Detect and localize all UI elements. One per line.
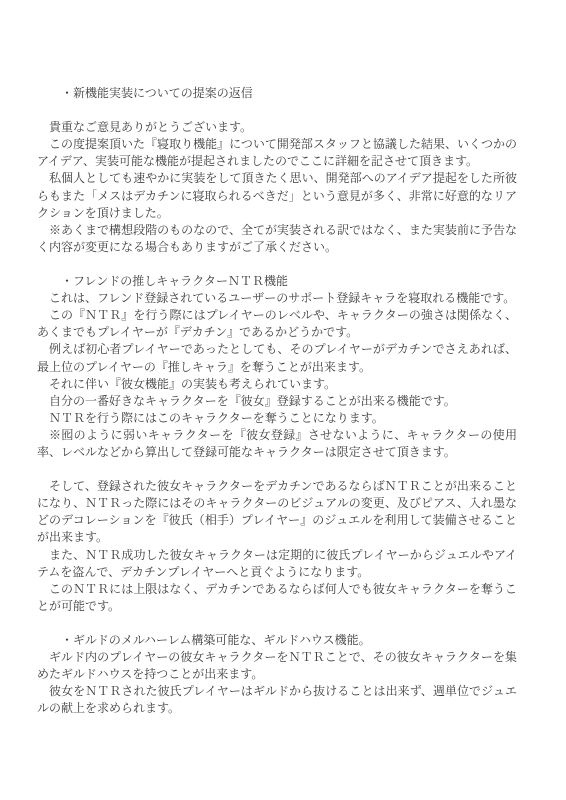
paragraph: この度提案頂いた『寝取り機能』について開発部スタッフと協議した結果、いくつかのア… xyxy=(37,136,517,170)
paragraph: また、ＮＴＲ成功した彼女キャラクターは定期的に彼氏プレイヤーからジュエルやアイテ… xyxy=(37,547,517,581)
document-text: ・新機能実装についての提案の返信貴重なご意見ありがとうございます。この度提案頂い… xyxy=(37,85,517,717)
section-heading: ・フレンドの推しキャラクターＮＴＲ機能 xyxy=(37,273,517,290)
paragraph: それに伴い『彼女機能』の実装も考えられています。 xyxy=(37,376,517,393)
paragraph: 自分の一番好きなキャラクターを『彼女』登録することが出来る機能です。 xyxy=(37,393,517,410)
paragraph: ※囮のように弱いキャラクターを『彼女登録』させないように、キャラクターの使用率、… xyxy=(37,427,517,461)
document-page: ・新機能実装についての提案の返信貴重なご意見ありがとうございます。この度提案頂い… xyxy=(0,0,566,800)
paragraph: これは、フレンド登録されているユーザーのサポート登録キャラを寝取れる機能です。 xyxy=(37,290,517,307)
paragraph: ＮＴＲを行う際にはこのキャラクターを奪うことになります。 xyxy=(37,410,517,427)
paragraph: そして、登録された彼女キャラクターをデカチンであるならばＮＴＲことが出来ることに… xyxy=(37,478,517,546)
section-heading: ・ギルドのメルハーレム構築可能な、ギルドハウス機能。 xyxy=(37,632,517,649)
paragraph: ギルド内のプレイヤーの彼女キャラクターをＮＴＲことで、その彼女キャラクターを集め… xyxy=(37,649,517,683)
paragraph: 例えば初心者プレイヤーであったとしても、そのプレイヤーがデカチンでさえあれば、最… xyxy=(37,341,517,375)
section-heading: ・新機能実装についての提案の返信 xyxy=(37,85,517,102)
paragraph: 私個人としても速やかに実装をして頂きたく思い、開発部へのアイデア提起をした所彼ら… xyxy=(37,170,517,221)
paragraph: この『ＮＴＲ』を行う際にはプレイヤーのレベルや、キャラクターの強さは関係なく、あ… xyxy=(37,307,517,341)
paragraph: 彼女をＮＴＲされた彼氏プレイヤーはギルドから抜けることは出来ず、週単位でジュエル… xyxy=(37,683,517,717)
paragraph: 貴重なご意見ありがとうございます。 xyxy=(37,119,517,136)
paragraph: このＮＴＲには上限はなく、デカチンであるならば何人でも彼女キャラクターを奪うこと… xyxy=(37,581,517,615)
paragraph: ※あくまで構想段階のものなので、全てが実装される訳ではなく、また実装前に予告なく… xyxy=(37,222,517,256)
